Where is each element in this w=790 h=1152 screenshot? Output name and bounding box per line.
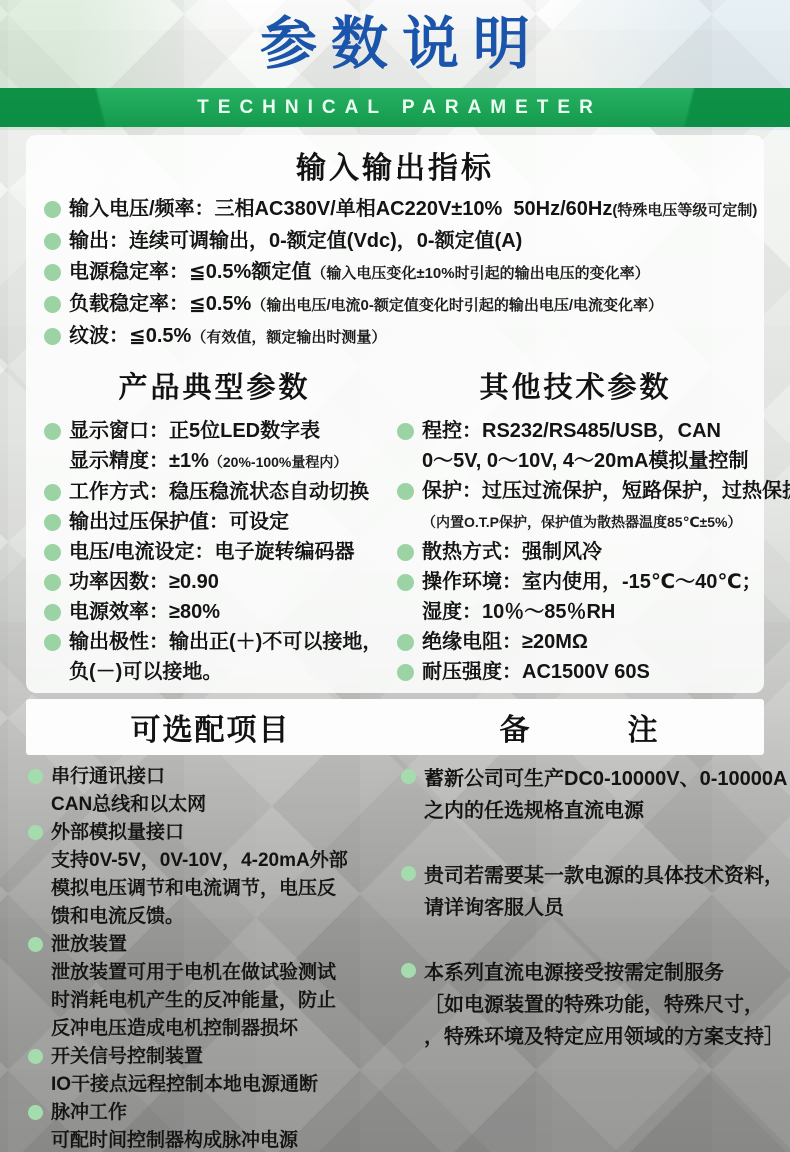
spec-text: 脉冲工作 xyxy=(51,1099,127,1127)
typical-spec-list: 显示窗口：正5位LED数字表显示精度：±1%（20%-100%量程内）工作方式：… xyxy=(34,416,395,687)
spec-text: 程控：RS232/RS485/USB，CAN xyxy=(422,416,721,446)
spec-item: 操作环境：室内使用，-15℃～40℃； xyxy=(395,567,756,597)
spec-item: ，特殊环境及特定应用领域的方案支持］ xyxy=(395,1021,764,1053)
spec-text: 反冲电压造成电机控制器损坏 xyxy=(51,1015,298,1043)
spec-text: 之内的任选规格直流电源 xyxy=(424,795,644,827)
spec-text: 蓄新公司可生产DC0-10000V、0-10000A xyxy=(424,763,787,795)
bullet-icon xyxy=(44,296,61,313)
spec-item: 支持0V-5V，0V-10V，4-20mA外部 xyxy=(26,847,395,875)
spec-item: 输出极性：输出正(＋)不可以接地， xyxy=(34,627,395,657)
bullet-icon xyxy=(44,201,61,218)
spec-text: 工作方式：稳压稳流状态自动切换 xyxy=(69,477,369,507)
spec-note: （有效值，额定输出时测量） xyxy=(191,329,386,346)
spec-item: 输入电压/频率：三相AC380V/单相AC220V±10% 50Hz/60Hz(… xyxy=(34,194,756,226)
options-list: 串行通讯接口CAN总线和以太网外部模拟量接口支持0V-5V，0V-10V，4-2… xyxy=(26,763,395,1152)
spec-sheet-page: 参数说明 TECHNICAL PARAMETER 输入输出指标 输入电压/频率：… xyxy=(0,0,790,1152)
spec-item: 负载稳定率：≦0.5%（输出电压/电流0-额定值变化时引起的输出电压/电流变化率… xyxy=(34,289,756,321)
spec-item: 蓄新公司可生产DC0-10000V、0-10000A xyxy=(395,763,764,795)
spec-text: 散热方式：强制风冷 xyxy=(422,537,602,567)
spec-text: 输出：连续可调输出，0-额定值(Vdc)，0-额定值(A) xyxy=(69,226,522,257)
spec-text: 模拟电压调节和电流调节，电压反 xyxy=(51,875,336,903)
lower-columns: 串行通讯接口CAN总线和以太网外部模拟量接口支持0V-5V，0V-10V，4-2… xyxy=(26,763,764,1152)
bullet-icon xyxy=(397,664,414,681)
spec-item: 程控：RS232/RS485/USB，CAN xyxy=(395,416,756,446)
spec-item: 显示窗口：正5位LED数字表 xyxy=(34,416,395,446)
bullet-icon xyxy=(397,483,414,500)
spec-note: （输出电压/电流0-额定值变化时引起的输出电压/电流变化率） xyxy=(251,297,663,314)
spec-text: 功率因数：≥0.90 xyxy=(69,567,219,597)
spec-item: 电源效率：≥80% xyxy=(34,597,395,627)
spec-item: 保护：过压过流保护，短路保护，过热保护 xyxy=(395,476,756,506)
bullet-icon xyxy=(401,866,416,881)
banner-text: TECHNICAL PARAMETER xyxy=(188,97,602,119)
spec-text: 显示精度：±1%（20%-100%量程内） xyxy=(69,446,347,477)
spec-text: 负载稳定率：≦0.5%（输出电压/电流0-额定值变化时引起的输出电压/电流变化率… xyxy=(69,289,663,321)
spec-item: 贵司若需要某一款电源的具体技术资料， xyxy=(395,860,764,892)
spec-text: 输出极性：输出正(＋)不可以接地， xyxy=(69,627,382,657)
spec-item: 模拟电压调节和电流调节，电压反 xyxy=(26,875,395,903)
spec-item: 绝缘电阻：≥20MΩ xyxy=(395,627,756,657)
technical-parameter-banner: TECHNICAL PARAMETER xyxy=(0,88,790,127)
spec-item: 可配时间控制器构成脉冲电源 xyxy=(26,1127,395,1152)
spec-item: 外部模拟量接口 xyxy=(26,819,395,847)
main-panel: 输入输出指标 输入电压/频率：三相AC380V/单相AC220V±10% 50H… xyxy=(26,135,764,693)
spec-text: 输入电压/频率：三相AC380V/单相AC220V±10% 50Hz/60Hz(… xyxy=(69,194,757,226)
spec-text: 馈和电流反馈。 xyxy=(51,903,184,931)
spec-text: 请详询客服人员 xyxy=(424,892,564,924)
spec-text: 纹波：≦0.5%（有效值，额定输出时测量） xyxy=(69,321,386,353)
spec-item: 0～5V, 0～10V, 4～20mA模拟量控制 xyxy=(395,446,756,476)
bullet-icon xyxy=(44,423,61,440)
bullet-icon xyxy=(44,604,61,621)
spec-item: 泄放装置可用于电机在做试验测试 xyxy=(26,959,395,987)
bullet-icon xyxy=(401,963,416,978)
io-section-title: 输入输出指标 xyxy=(34,143,756,187)
spec-item: 功率因数：≥0.90 xyxy=(34,567,395,597)
spec-text: CAN总线和以太网 xyxy=(51,791,206,819)
bullet-icon xyxy=(28,769,43,784)
spec-text: 绝缘电阻：≥20MΩ xyxy=(422,627,588,657)
spec-item: 时消耗电机产生的反冲能量，防止 xyxy=(26,987,395,1015)
spec-text: ［如电源装置的特殊功能，特殊尺寸， xyxy=(424,989,764,1021)
spec-text: 泄放装置 xyxy=(51,931,127,959)
bullet-icon xyxy=(397,634,414,651)
spec-item: 负(－)可以接地。 xyxy=(34,657,395,687)
spec-text: 电源稳定率：≦0.5%额定值（输入电压变化±10%时引起的输出电压的变化率） xyxy=(69,257,650,289)
other-spec-list: 程控：RS232/RS485/USB，CAN0～5V, 0～10V, 4～20m… xyxy=(395,416,756,687)
spec-text: 保护：过压过流保护，短路保护，过热保护 xyxy=(422,476,790,506)
remarks-list: 蓄新公司可生产DC0-10000V、0-10000A之内的任选规格直流电源贵司若… xyxy=(395,763,764,1152)
spec-item: IO干接点远程控制本地电源通断 xyxy=(26,1071,395,1099)
spec-text: 贵司若需要某一款电源的具体技术资料， xyxy=(424,860,784,892)
parameters-columns: 显示窗口：正5位LED数字表显示精度：±1%（20%-100%量程内）工作方式：… xyxy=(34,416,756,687)
bullet-icon xyxy=(44,544,61,561)
spec-note: （内置O.T.P保护，保护值为散热器温度85℃±5%） xyxy=(422,514,741,530)
bullet-icon xyxy=(44,514,61,531)
spec-text: （内置O.T.P保护，保护值为散热器温度85℃±5%） xyxy=(422,506,741,537)
bullet-icon xyxy=(397,423,414,440)
typical-section-title: 产品典型参数 xyxy=(34,365,395,406)
bullet-icon xyxy=(28,937,43,952)
spec-text: 显示窗口：正5位LED数字表 xyxy=(69,416,320,446)
bullet-icon xyxy=(44,233,61,250)
page-header: 参数说明 xyxy=(0,0,790,88)
spec-item: （内置O.T.P保护，保护值为散热器温度85℃±5%） xyxy=(395,506,756,537)
spec-item: 湿度：10％～85％RH xyxy=(395,597,756,627)
bullet-icon xyxy=(44,484,61,501)
spec-text: 可配时间控制器构成脉冲电源 xyxy=(51,1127,298,1152)
spec-note: (特殊电压等级可定制) xyxy=(612,202,757,219)
spec-item: 散热方式：强制风冷 xyxy=(395,537,756,567)
spec-item: ［如电源装置的特殊功能，特殊尺寸， xyxy=(395,989,764,1021)
spec-text: 本系列直流电源接受按需定制服务 xyxy=(424,957,724,989)
spec-note: （输入电压变化±10%时引起的输出电压的变化率） xyxy=(311,265,649,282)
content: 参数说明 TECHNICAL PARAMETER 输入输出指标 输入电压/频率：… xyxy=(0,0,790,1152)
spec-item: 本系列直流电源接受按需定制服务 xyxy=(395,957,764,989)
bullet-icon xyxy=(44,328,61,345)
bullet-icon xyxy=(397,544,414,561)
bullet-icon xyxy=(44,574,61,591)
page-title: 参数说明 xyxy=(246,16,544,73)
spec-text: 时消耗电机产生的反冲能量，防止 xyxy=(51,987,336,1015)
spec-item: 纹波：≦0.5%（有效值，额定输出时测量） xyxy=(34,321,756,353)
options-section-title: 可选配项目 xyxy=(26,705,395,749)
spec-item: 电压/电流设定：电子旋转编码器 xyxy=(34,537,395,567)
spec-item: 脉冲工作 xyxy=(26,1099,395,1127)
bullet-icon xyxy=(397,574,414,591)
spec-item: 电源稳定率：≦0.5%额定值（输入电压变化±10%时引起的输出电压的变化率） xyxy=(34,257,756,289)
bullet-icon xyxy=(28,1049,43,1064)
spec-text: 操作环境：室内使用，-15℃～40℃； xyxy=(422,567,762,597)
spec-item: 请详询客服人员 xyxy=(395,892,764,924)
remarks-section-title: 备 注 xyxy=(395,705,764,749)
spec-item: 输出过压保护值：可设定 xyxy=(34,507,395,537)
spec-item: 泄放装置 xyxy=(26,931,395,959)
spec-text: 外部模拟量接口 xyxy=(51,819,184,847)
lower-section-header-bar: 可选配项目 备 注 xyxy=(26,699,764,755)
column-headers: 产品典型参数 其他技术参数 xyxy=(34,363,756,416)
other-section-title: 其他技术参数 xyxy=(395,365,756,406)
spec-text: 输出过压保护值：可设定 xyxy=(69,507,289,537)
spec-item: 之内的任选规格直流电源 xyxy=(395,795,764,827)
spec-item: CAN总线和以太网 xyxy=(26,791,395,819)
spec-note: （20%-100%量程内） xyxy=(209,454,348,470)
spec-text: 串行通讯接口 xyxy=(51,763,165,791)
spec-item: 开关信号控制装置 xyxy=(26,1043,395,1071)
spec-text: 泄放装置可用于电机在做试验测试 xyxy=(51,959,336,987)
bullet-icon xyxy=(44,264,61,281)
spec-text: 电源效率：≥80% xyxy=(69,597,220,627)
spec-item: 显示精度：±1%（20%-100%量程内） xyxy=(34,446,395,477)
spec-text: 0～5V, 0～10V, 4～20mA模拟量控制 xyxy=(422,446,748,476)
io-spec-list: 输入电压/频率：三相AC380V/单相AC220V±10% 50Hz/60Hz(… xyxy=(34,194,756,353)
spec-item: 工作方式：稳压稳流状态自动切换 xyxy=(34,477,395,507)
spec-item: 馈和电流反馈。 xyxy=(26,903,395,931)
spec-item: 反冲电压造成电机控制器损坏 xyxy=(26,1015,395,1043)
spec-text: 电压/电流设定：电子旋转编码器 xyxy=(69,537,355,567)
spec-item: 耐压强度：AC1500V 60S xyxy=(395,657,756,687)
spec-text: 负(－)可以接地。 xyxy=(69,657,222,687)
bullet-icon xyxy=(28,1105,43,1120)
spec-text: ，特殊环境及特定应用领域的方案支持］ xyxy=(424,1021,784,1053)
spec-item: 输出：连续可调输出，0-额定值(Vdc)，0-额定值(A) xyxy=(34,226,756,257)
bullet-icon xyxy=(44,634,61,651)
bullet-icon xyxy=(28,825,43,840)
bullet-icon xyxy=(401,769,416,784)
spec-text: 湿度：10％～85％RH xyxy=(422,597,615,627)
spec-text: 开关信号控制装置 xyxy=(51,1043,203,1071)
spec-text: 耐压强度：AC1500V 60S xyxy=(422,657,650,687)
spec-item: 串行通讯接口 xyxy=(26,763,395,791)
spec-text: 支持0V-5V，0V-10V，4-20mA外部 xyxy=(51,847,348,875)
spec-text: IO干接点远程控制本地电源通断 xyxy=(51,1071,318,1099)
